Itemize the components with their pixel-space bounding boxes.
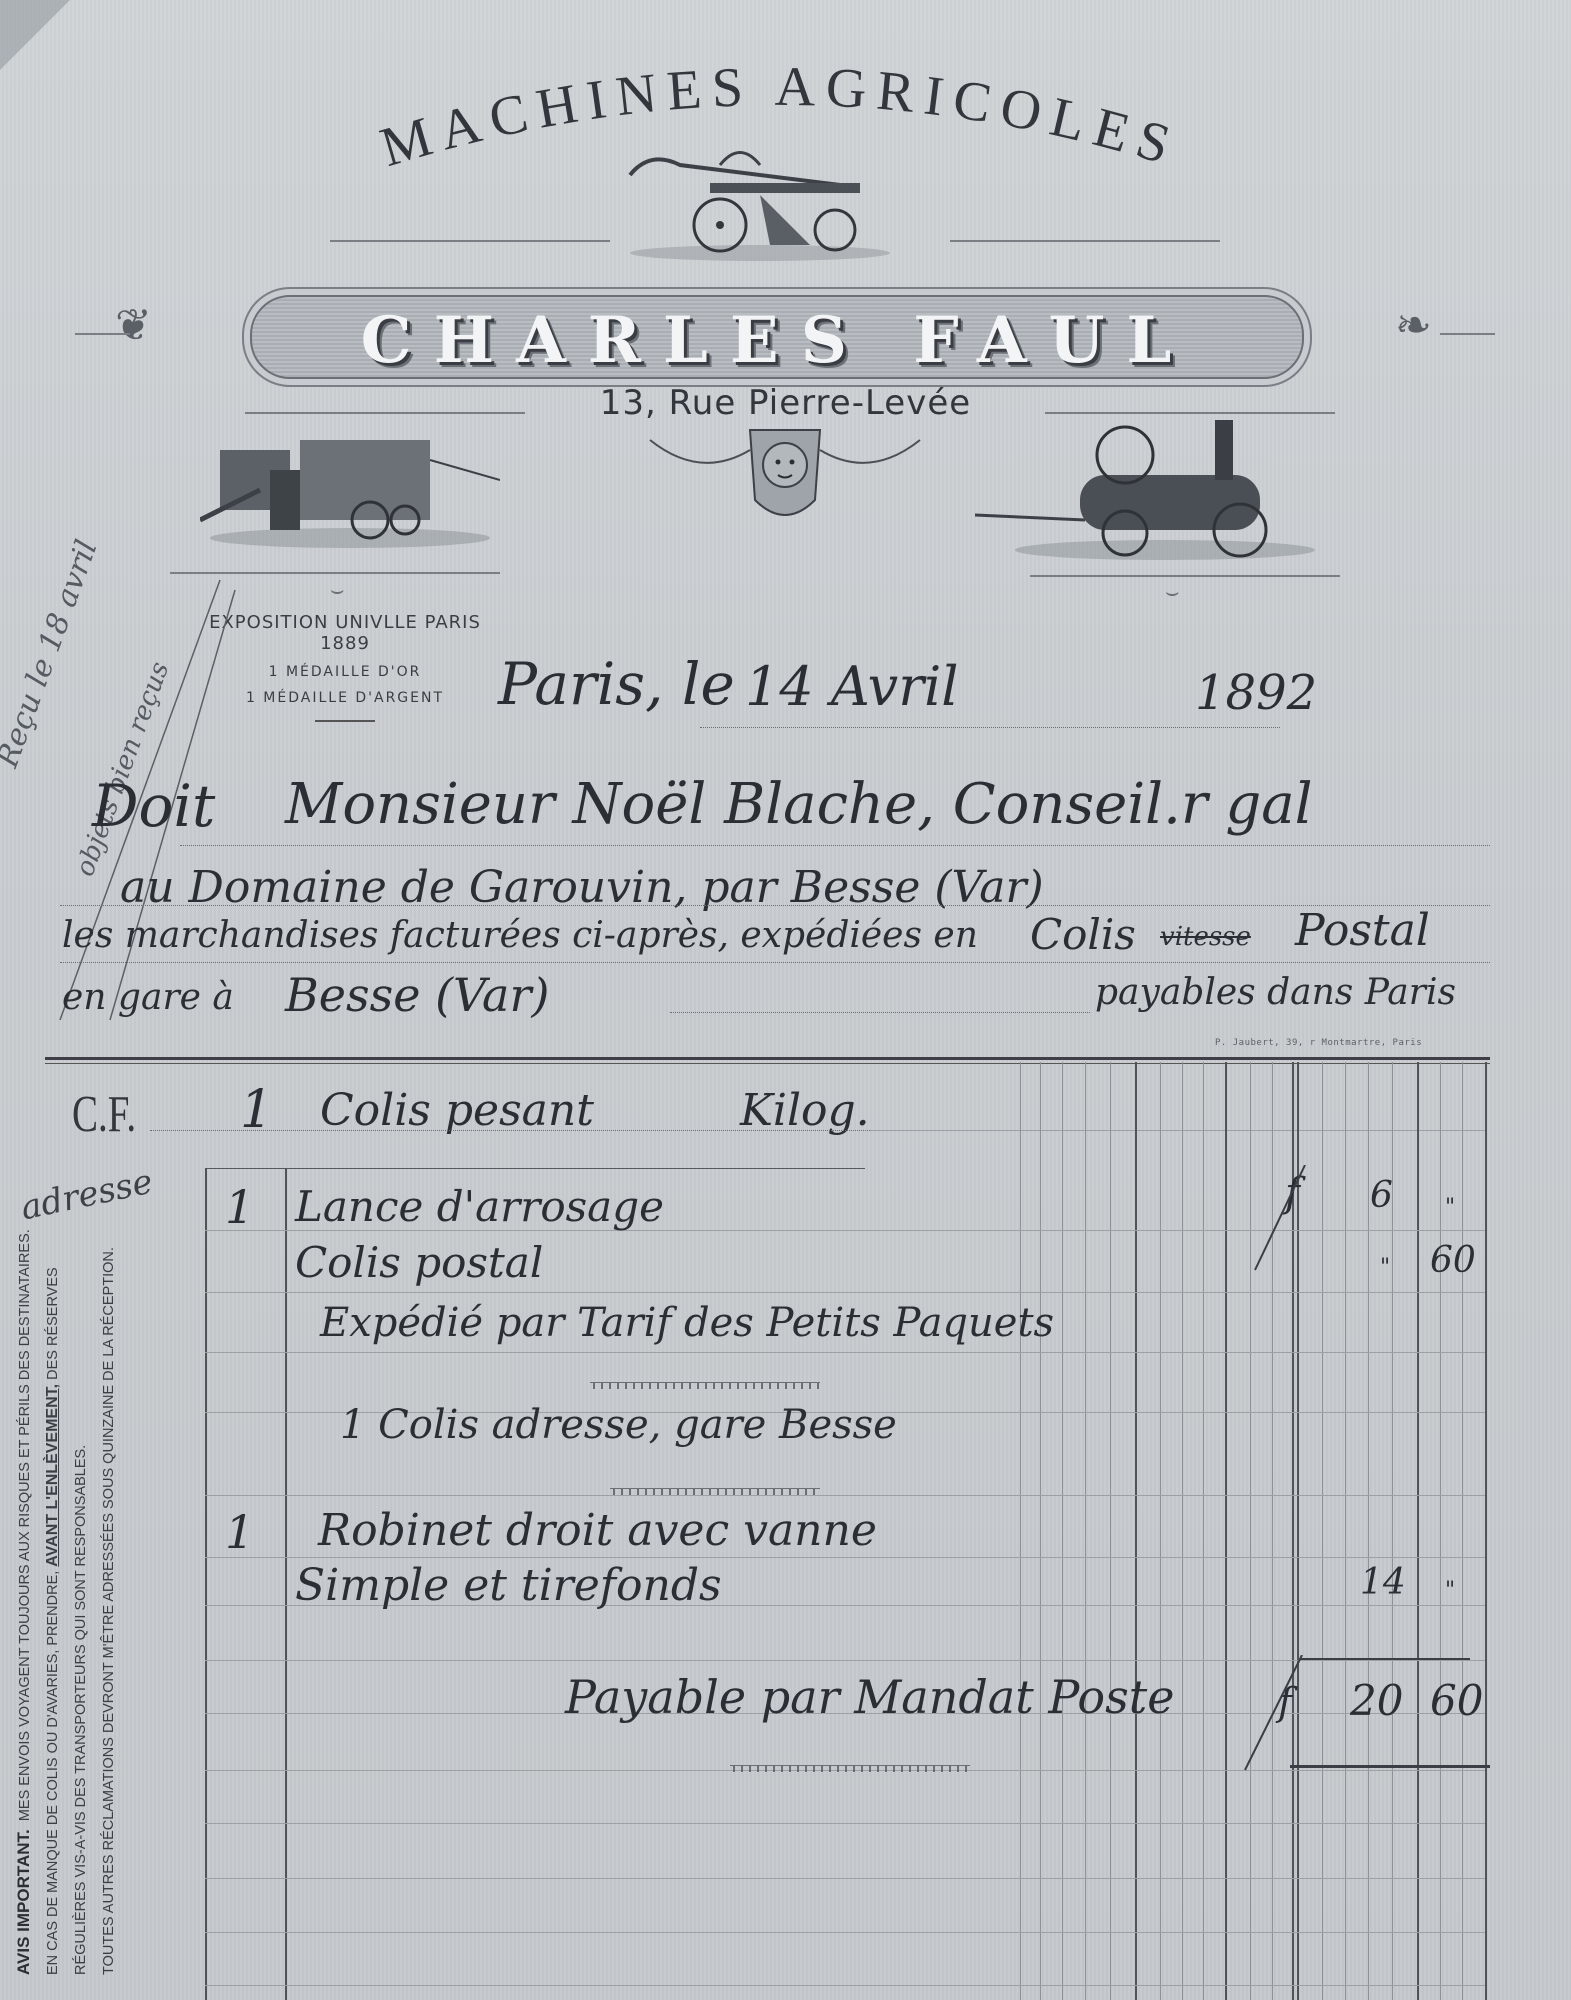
- item-description: Robinet droit avec vanne: [318, 1505, 877, 1556]
- notice-text: EN CAS DE MANQUE DE COLIS OU D'AVARIES, …: [45, 1571, 61, 1975]
- steam-engine-illustration: [975, 415, 1315, 565]
- item-centimes: ": [1445, 1578, 1455, 1603]
- total-slash: [1240, 1655, 1310, 1775]
- grid-line: [1203, 1062, 1204, 2000]
- notice-emphasis: AVANT L'ENLÈVEMENT,: [44, 1384, 61, 1567]
- invoice-paper: MACHINES AGRICOLES ❦ ❧ CHARLES FAUL 13, …: [0, 0, 1571, 2000]
- company-banner: CHARLES FAUL: [250, 295, 1304, 379]
- gold-medal: 1 MÉDAILLE D'OR: [195, 664, 495, 680]
- separator-squiggle: [590, 1382, 820, 1389]
- grid-line: [1040, 1062, 1041, 2000]
- ornament-rule: [1440, 333, 1495, 335]
- row-line: [205, 1878, 1485, 1879]
- ornament-rule: [950, 240, 1220, 242]
- notice-heading: AVIS IMPORTANT.: [14, 1829, 33, 1975]
- mascaron-ornament: [640, 420, 930, 540]
- divider: [315, 720, 375, 722]
- addressee-prefix: Doit: [92, 772, 215, 840]
- item-francs: 14: [1360, 1562, 1406, 1603]
- item-francs: 6: [1370, 1175, 1393, 1216]
- row-line: [205, 1985, 1485, 1986]
- item-description: Colis postal: [295, 1238, 543, 1287]
- notice-text: RÉGULIÈRES VIS-A-VIS DES TRANSPORTEURS Q…: [73, 1445, 89, 1975]
- grid-line: [1322, 1062, 1323, 2000]
- ruled-line: [60, 962, 1490, 963]
- company-address: 13, Rue Pierre-Levée: [0, 383, 1571, 423]
- grid-line: [1110, 1062, 1111, 2000]
- ornament-rule: [1045, 412, 1335, 414]
- row-line: [205, 1823, 1485, 1824]
- small-ornament-icon: ⌣: [1165, 580, 1179, 605]
- payable-in-paris: payables dans Paris: [1095, 972, 1456, 1013]
- notice-line-2: EN CAS DE MANQUE DE COLIS OU D'AVARIES, …: [39, 1215, 67, 1975]
- total-francs: 20: [1350, 1676, 1403, 1725]
- total-bottom-rule: [1290, 1765, 1490, 1768]
- payment-method: Payable par Mandat Poste: [565, 1670, 1174, 1724]
- notice-text: TOUTES AUTRES RÉCLAMATIONS DEVRONT M'ÊTR…: [101, 1247, 117, 1975]
- item-francs: ": [1380, 1255, 1390, 1280]
- row-line: [205, 1557, 1485, 1558]
- grid-line: [1462, 1062, 1463, 2000]
- currency-slash: [1250, 1165, 1310, 1275]
- exposition-title: EXPOSITION UNIVLLE PARIS 1889: [195, 612, 495, 654]
- ornament-rule: [75, 333, 130, 335]
- printed-goods-line: les marchandises facturées ci-après, exp…: [62, 915, 978, 956]
- addressee-name: Monsieur Noël Blache, Conseil.r gal: [285, 772, 1313, 837]
- date-year: 1892: [1195, 665, 1317, 721]
- grid-line: [1062, 1062, 1063, 2000]
- shipment-postal: Postal: [1295, 905, 1430, 956]
- station-name: Besse (Var): [285, 968, 549, 1022]
- table-top-rule: [45, 1057, 1490, 1060]
- ruled-line: [60, 905, 1490, 906]
- struck-vitesse: vitesse: [1160, 922, 1251, 952]
- fleuron-left-icon: ❦: [115, 300, 152, 351]
- item-qty: 1: [225, 1180, 254, 1234]
- parcel-count: 1: [240, 1080, 273, 1140]
- date-day-month: 14 Avril: [745, 655, 959, 718]
- item-centimes: 60: [1430, 1240, 1476, 1281]
- grid-line: [1345, 1062, 1346, 2000]
- kilog-label: Kilog.: [740, 1085, 870, 1136]
- ornament-rule: [1030, 575, 1340, 577]
- item-description: Lance d'arrosage: [295, 1182, 664, 1231]
- row-line: [205, 1495, 1485, 1496]
- company-name: CHARLES FAUL: [252, 303, 1302, 378]
- threshing-machine-illustration: [200, 430, 500, 550]
- printed-station-line: en gare à: [62, 977, 234, 1018]
- centimes-column-left: [1417, 1062, 1419, 2000]
- ornament-rule: [170, 572, 500, 574]
- item-description: 1 Colis adresse, gare Besse: [340, 1402, 897, 1448]
- item-qty: 1: [225, 1505, 254, 1559]
- grid-line-major: [1225, 1062, 1227, 2000]
- shipment-mode: Colis: [1030, 910, 1136, 959]
- items-header-rule: [205, 1168, 865, 1169]
- item-description: Simple et tirefonds: [295, 1560, 722, 1611]
- grid-line: [1182, 1062, 1183, 2000]
- exposition-awards: EXPOSITION UNIVLLE PARIS 1889 1 MÉDAILLE…: [195, 612, 495, 722]
- fleuron-right-icon: ❧: [1395, 300, 1432, 351]
- notice-line-4: TOUTES AUTRES RÉCLAMATIONS DEVRONT M'ÊTR…: [95, 1215, 123, 1975]
- paper-corner-shadow: [0, 0, 70, 70]
- ornament-rule: [245, 412, 525, 414]
- separator-squiggle: [730, 1765, 970, 1772]
- date-place: Paris, le: [498, 650, 735, 718]
- notice-line-1: AVIS IMPORTANT. MES ENVOIS VOYAGENT TOUJ…: [10, 1215, 39, 1975]
- centimes-column-right: [1485, 1062, 1487, 2000]
- ruled-line: [180, 845, 1490, 846]
- ruled-line: [150, 1130, 890, 1131]
- row-line: [205, 1292, 1485, 1293]
- plough-illustration: [620, 145, 900, 265]
- row-line: [205, 1352, 1485, 1353]
- date-rule: [700, 727, 1280, 728]
- grid-line-major: [1135, 1062, 1137, 2000]
- notice-text: DES RÉSERVES: [45, 1267, 61, 1380]
- notice-line-3: RÉGULIÈRES VIS-A-VIS DES TRANSPORTEURS Q…: [67, 1215, 95, 1975]
- total-centimes: 60: [1430, 1676, 1483, 1725]
- silver-medal: 1 MÉDAILLE D'ARGENT: [195, 690, 495, 706]
- notice-text: MES ENVOIS VOYAGENT TOUJOURS AUX RISQUES…: [17, 1229, 33, 1821]
- grid-line: [1160, 1062, 1161, 2000]
- separator-squiggle: [610, 1488, 820, 1495]
- parcel-weight-label: Colis pesant: [320, 1085, 594, 1136]
- small-ornament-icon: ⌣: [330, 578, 344, 603]
- grid-line: [1085, 1062, 1086, 2000]
- ruled-line: [670, 1012, 1090, 1013]
- grid-line: [1440, 1062, 1441, 2000]
- item-description: Expédié par Tarif des Petits Paquets: [320, 1300, 1054, 1346]
- ornament-rule: [330, 240, 610, 242]
- cf-label: C.F.: [72, 1085, 136, 1144]
- total-top-rule: [1300, 1658, 1470, 1660]
- grid-line: [1368, 1062, 1369, 2000]
- item-centimes: ": [1445, 1195, 1455, 1220]
- printer-credit: P. Jaubert, 39, r Montmartre, Paris: [1215, 1038, 1422, 1048]
- important-notice: AVIS IMPORTANT. MES ENVOIS VOYAGENT TOUJ…: [10, 1215, 123, 1975]
- table-top-rule-inner: [45, 1063, 1490, 1064]
- row-line: [205, 1932, 1485, 1933]
- grid-line: [1020, 1062, 1021, 2000]
